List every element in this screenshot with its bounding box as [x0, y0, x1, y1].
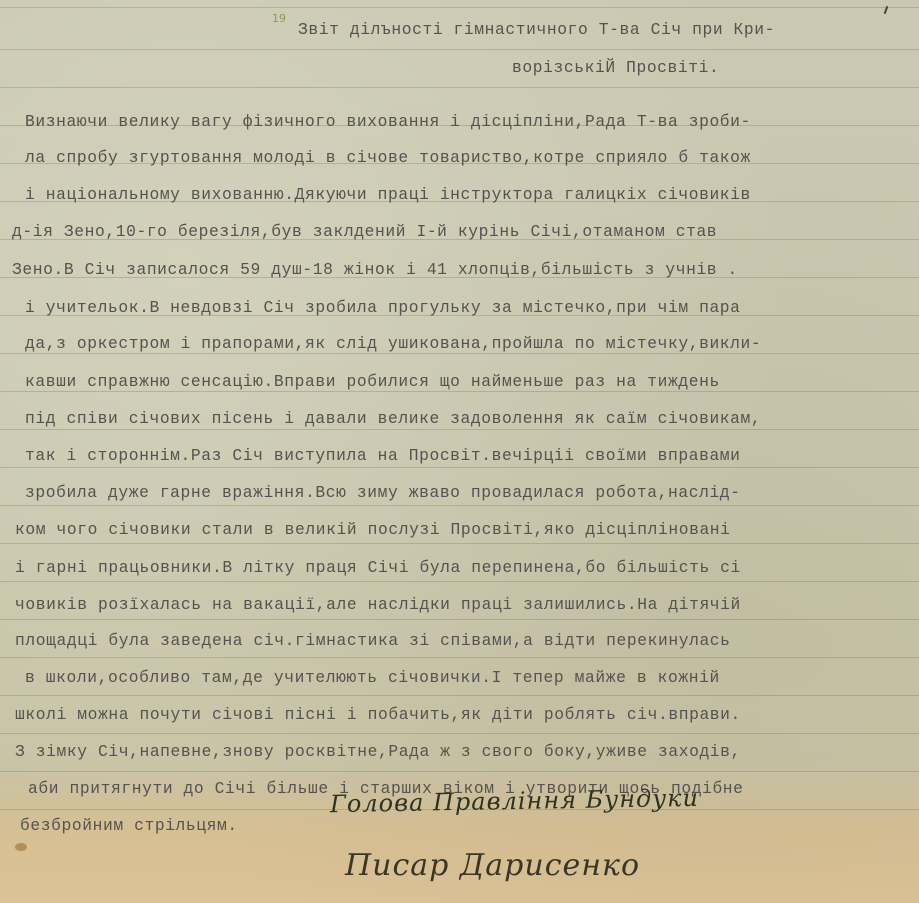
body-line: човиків розїхалась на вакації,але наслід…: [15, 597, 741, 613]
document-page: 19 Звіт ділъності гімнастичного Т-ва Січ…: [0, 0, 919, 903]
body-line: Зено.В Січ записалося 59 душ-18 жінок і …: [12, 262, 738, 278]
folio-number: 19: [272, 12, 286, 25]
signature: Писар Дарисенко: [345, 848, 640, 883]
body-line: ком чого січовики стали в великій послуз…: [15, 522, 731, 538]
body-line: безбройним стрільцям.: [20, 818, 238, 834]
body-line: Визнаючи велику вагу фізичного виховання…: [25, 114, 751, 130]
body-line: ла спробу згуртовання молоді в січове то…: [25, 150, 751, 166]
paper-stain: [15, 843, 27, 851]
body-line: кавши справжню сенсацію.Вправи робилися …: [25, 374, 720, 390]
document-title-line-2: ворізськіЙ Просвіті.: [512, 60, 719, 76]
body-line: так і стороннім.Раз Січ виступила на Про…: [25, 448, 741, 464]
body-line: і національному вихованню.Дякуючи праці …: [25, 187, 751, 203]
body-line: З зімку Січ,напевне,знову росквітне,Рада…: [15, 744, 741, 760]
body-line: і гарні працьовники.В літку праця Січі б…: [15, 560, 741, 576]
body-line: зробила дуже гарне вражіння.Всю зиму жва…: [25, 485, 741, 501]
body-line: в школи,особливо там,де учителюють січов…: [25, 670, 720, 686]
document-title-line-1: Звіт ділъності гімнастичного Т-ва Січ пр…: [298, 22, 775, 38]
body-line: да,з оркестром і прапорами,як слід ушико…: [25, 336, 761, 352]
body-line: площадці була заведена січ.гімнастика зі…: [15, 633, 731, 649]
body-line: і учительок.В невдовзі Січ зробила прогу…: [25, 300, 741, 316]
body-line: під співи січових пісень і давали велике…: [25, 411, 761, 427]
body-line: д-ія Зено,10-го березіля,був заклдений І…: [12, 224, 717, 240]
body-line: школі можна почути січові пісні і побачи…: [15, 707, 741, 723]
